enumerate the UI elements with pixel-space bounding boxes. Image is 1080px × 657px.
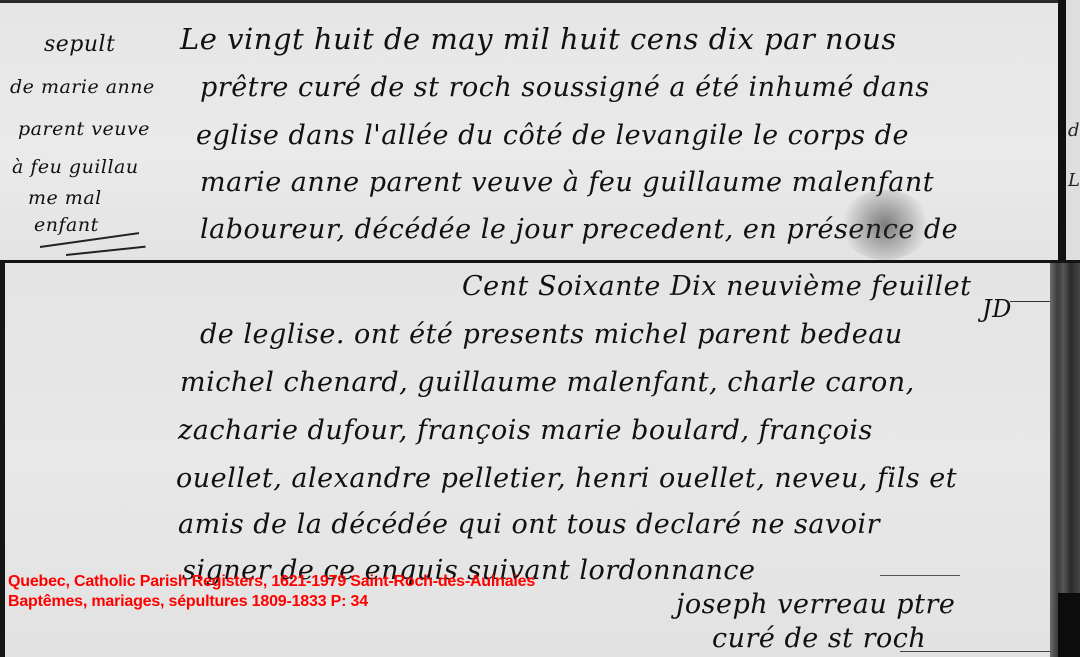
margin-note-line: parent veuve [18, 118, 150, 140]
document-viewer: sepult de marie anne parent veuve à feu … [0, 0, 1080, 657]
folio-initials: JD [982, 295, 1012, 323]
record-line: michel chenard, guillaume malenfant, cha… [180, 367, 915, 398]
margin-note-line: sepult [44, 32, 115, 57]
priest-title: curé de st roch [712, 623, 926, 654]
margin-note-line: enfant [34, 214, 99, 236]
signature-underline [900, 651, 1050, 652]
margin-note-line: à feu guillau [12, 156, 139, 178]
caption-volume: Baptêmes, mariages, sépultures 1809-1833… [8, 592, 535, 612]
record-line: prêtre curé de st roch soussigné a été i… [200, 72, 930, 103]
source-caption: Quebec, Catholic Parish Registers, 1621-… [8, 572, 535, 612]
folio-heading: Cent Soixante Dix neuvième feuillet [462, 271, 971, 302]
record-line: Le vingt huit de may mil huit cens dix p… [180, 22, 897, 56]
record-line: marie anne parent veuve à feu guillaume … [200, 167, 934, 198]
record-line: de leglise. ont été presents michel pare… [200, 319, 903, 350]
record-line: eglise dans l'allée du côté de levangile… [196, 120, 909, 151]
top-scan-fragment: sepult de marie anne parent veuve à feu … [0, 0, 1080, 261]
underline-stroke [66, 246, 146, 256]
adjacent-page-strip: d. L [1066, 0, 1080, 261]
record-line: zacharie dufour, françois marie boulard,… [178, 415, 873, 446]
scan-border [0, 0, 1080, 3]
record-line: ouellet, alexandre pelletier, henri ouel… [176, 463, 957, 494]
margin-note-line: de marie anne [10, 76, 155, 98]
ink-smudge [840, 190, 930, 260]
page-gutter-bar [1058, 0, 1066, 261]
binding-shadow [1058, 593, 1080, 657]
scan-edge [0, 263, 5, 657]
heading-tail-stroke [1010, 301, 1050, 302]
margin-note-line: me mal [28, 187, 102, 209]
caption-collection: Quebec, Catholic Parish Registers, 1621-… [8, 572, 535, 592]
record-line: amis de la décédée qui ont tous declaré … [178, 509, 880, 540]
line-end-stroke [880, 575, 960, 576]
priest-signature: joseph verreau ptre [676, 589, 955, 620]
